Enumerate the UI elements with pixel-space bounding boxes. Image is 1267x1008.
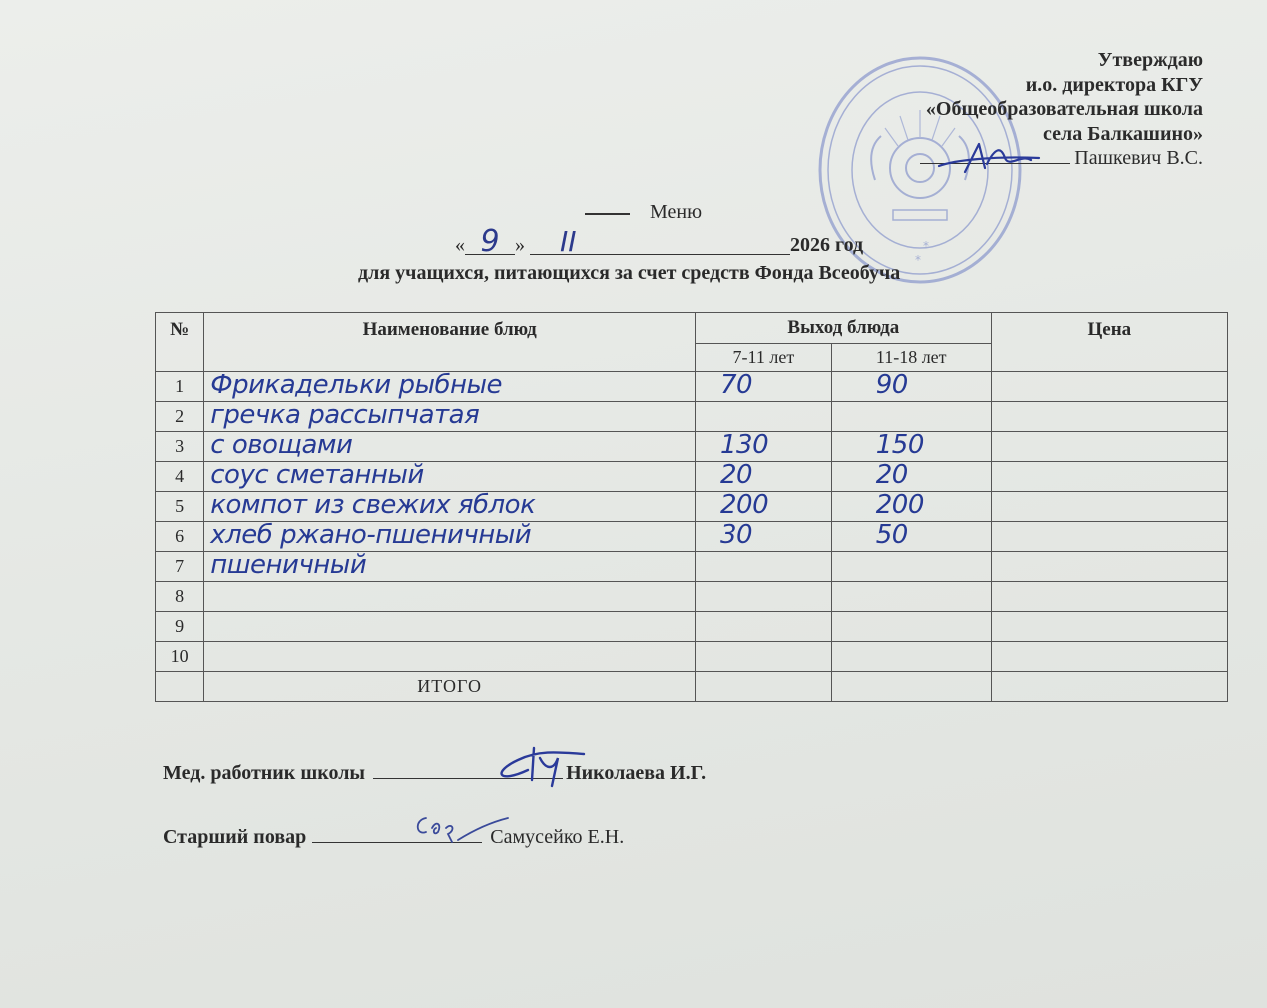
price-cell xyxy=(991,372,1227,402)
yield-7-11-cell-text xyxy=(696,580,720,610)
svg-text:*: * xyxy=(915,253,921,267)
date-year: 2026 год xyxy=(790,234,863,256)
row-number-text: 10 xyxy=(171,646,189,666)
row-number: 7 xyxy=(156,552,204,582)
yield-11-18-cell xyxy=(831,582,991,612)
dish-name-cell: компот из свежих яблок xyxy=(204,492,696,522)
approval-position: и.о. директора КГУ xyxy=(920,73,1203,98)
yield-7-11-cell: 130 xyxy=(696,432,832,462)
table-row: 7пшеничный xyxy=(156,552,1228,582)
date-day: 9 xyxy=(465,230,515,255)
total-yield-11-18 xyxy=(831,672,991,702)
row-number: 10 xyxy=(156,642,204,672)
approval-signatory: Пашкевич В.С. xyxy=(1074,147,1203,169)
price-cell xyxy=(991,582,1227,612)
yield-11-18-cell: 90 xyxy=(831,372,991,402)
price-cell xyxy=(991,552,1227,582)
yield-11-18-cell: 20 xyxy=(831,462,991,492)
yield-11-18-cell: 50 xyxy=(831,522,991,552)
yield-7-11-cell-text xyxy=(696,550,720,580)
table-row: 4соус сметанный2020 xyxy=(156,462,1228,492)
row-number-text: 7 xyxy=(175,556,184,576)
yield-7-11-cell xyxy=(696,612,832,642)
yield-7-11-cell xyxy=(696,402,832,432)
table-row: 3с овощами130150 xyxy=(156,432,1228,462)
row-number-text: 8 xyxy=(175,586,184,606)
total-row: ИТОГО xyxy=(156,672,1228,702)
yield-11-18-cell xyxy=(831,642,991,672)
row-number-text: 9 xyxy=(175,616,184,636)
yield-11-18-cell-text: 150 xyxy=(832,430,924,460)
column-header-number: № xyxy=(156,313,204,372)
row-number: 2 xyxy=(156,402,204,432)
dish-name-cell: гречка рассыпчатая xyxy=(204,402,696,432)
table-row: 1Фрикадельки рыбные7090 xyxy=(156,372,1228,402)
row-number-text: 2 xyxy=(175,406,184,426)
cook-signature-row: Старший поварСамусейко Е.Н. xyxy=(163,824,624,849)
svg-text:*: * xyxy=(923,239,929,253)
total-label: ИТОГО xyxy=(204,672,696,702)
dish-name-cell xyxy=(204,642,696,672)
total-price xyxy=(991,672,1227,702)
dish-name-cell-text: хлеб ржано-пшеничный xyxy=(204,520,531,550)
yield-7-11-cell-text: 30 xyxy=(696,520,752,550)
yield-7-11-cell: 200 xyxy=(696,492,832,522)
row-number-text: 3 xyxy=(175,436,184,456)
month-overline xyxy=(585,213,630,215)
table-row: 5компот из свежих яблок200200 xyxy=(156,492,1228,522)
dish-name-cell: с овощами xyxy=(204,432,696,462)
yield-11-18-cell-text xyxy=(832,640,876,670)
medic-signature-icon xyxy=(488,740,588,788)
dish-name-cell: соус сметанный xyxy=(204,462,696,492)
yield-11-18-cell-text: 20 xyxy=(832,460,908,490)
yield-7-11-cell-text: 20 xyxy=(696,460,752,490)
document-title: Меню xyxy=(650,201,702,224)
row-number-text: 5 xyxy=(175,496,184,516)
row-number: 5 xyxy=(156,492,204,522)
row-number-text: 6 xyxy=(175,526,184,546)
yield-7-11-cell xyxy=(696,582,832,612)
yield-7-11-cell-text xyxy=(696,640,720,670)
price-cell xyxy=(991,522,1227,552)
table-row: 10 xyxy=(156,642,1228,672)
dish-name-cell-text xyxy=(204,580,210,610)
dish-name-cell-text: с овощами xyxy=(204,430,352,460)
medic-signature-row: Мед. работник школыНиколаева И.Г. xyxy=(163,760,706,785)
row-number: 1 xyxy=(156,372,204,402)
column-header-age-7-11: 7-11 лет xyxy=(696,344,832,372)
column-header-price: Цена xyxy=(991,313,1227,372)
total-number-cell xyxy=(156,672,204,702)
yield-11-18-cell: 200 xyxy=(831,492,991,522)
yield-7-11-cell: 70 xyxy=(696,372,832,402)
cook-signature-icon xyxy=(412,810,512,846)
table-row: 2гречка рассыпчатая xyxy=(156,402,1228,432)
row-number-text: 1 xyxy=(175,376,184,396)
row-number: 4 xyxy=(156,462,204,492)
yield-7-11-cell-text xyxy=(696,610,720,640)
yield-11-18-cell-text xyxy=(832,550,876,580)
yield-7-11-cell: 30 xyxy=(696,522,832,552)
yield-11-18-cell-text: 200 xyxy=(832,490,924,520)
dish-name-cell: пшеничный xyxy=(204,552,696,582)
table-row: 8 xyxy=(156,582,1228,612)
yield-7-11-cell-text: 130 xyxy=(696,430,768,460)
director-signature-icon xyxy=(935,138,1045,176)
approval-organization-1: «Общеобразовательная школа xyxy=(920,97,1203,122)
row-number: 9 xyxy=(156,612,204,642)
yield-7-11-cell-text xyxy=(696,400,720,430)
yield-11-18-cell-text: 90 xyxy=(832,370,908,400)
yield-11-18-cell xyxy=(831,402,991,432)
row-number: 6 xyxy=(156,522,204,552)
approval-label: Утверждаю xyxy=(920,48,1203,73)
price-cell xyxy=(991,462,1227,492)
yield-7-11-cell xyxy=(696,642,832,672)
yield-7-11-cell-text: 200 xyxy=(696,490,768,520)
price-cell xyxy=(991,402,1227,432)
dish-name-cell-text: гречка рассыпчатая xyxy=(204,400,479,430)
yield-7-11-cell: 20 xyxy=(696,462,832,492)
menu-table: № Наименование блюд Выход блюда Цена 7-1… xyxy=(155,312,1228,702)
date-month: II xyxy=(530,230,790,255)
yield-7-11-cell xyxy=(696,552,832,582)
column-header-age-11-18: 11-18 лет xyxy=(831,344,991,372)
table-row: 6хлеб ржано-пшеничный3050 xyxy=(156,522,1228,552)
row-number-text: 4 xyxy=(175,466,184,486)
price-cell xyxy=(991,612,1227,642)
yield-11-18-cell-text: 50 xyxy=(832,520,908,550)
column-header-dish-name: Наименование блюд xyxy=(204,313,696,372)
dish-name-cell-text xyxy=(204,610,210,640)
dish-name-cell-text: пшеничный xyxy=(204,550,366,580)
yield-11-18-cell: 150 xyxy=(831,432,991,462)
dish-name-cell-text: Фрикадельки рыбные xyxy=(204,370,502,400)
yield-11-18-cell-text xyxy=(832,400,876,430)
dish-name-cell xyxy=(204,612,696,642)
row-number: 8 xyxy=(156,582,204,612)
dish-name-cell-text: компот из свежих яблок xyxy=(204,490,535,520)
dish-name-cell xyxy=(204,582,696,612)
table-row: 9 xyxy=(156,612,1228,642)
yield-7-11-cell-text: 70 xyxy=(696,370,752,400)
dish-name-cell-text xyxy=(204,640,210,670)
yield-11-18-cell xyxy=(831,552,991,582)
document-subtitle: для учащихся, питающихся за счет средств… xyxy=(358,262,900,285)
row-number: 3 xyxy=(156,432,204,462)
yield-11-18-cell-text xyxy=(832,610,876,640)
yield-11-18-cell-text xyxy=(832,580,876,610)
document-date: «9» II2026 год xyxy=(455,230,863,257)
column-header-yield: Выход блюда xyxy=(696,313,992,344)
total-yield-7-11 xyxy=(696,672,832,702)
price-cell xyxy=(991,642,1227,672)
dish-name-cell-text: соус сметанный xyxy=(204,460,424,490)
dish-name-cell: хлеб ржано-пшеничный xyxy=(204,522,696,552)
price-cell xyxy=(991,432,1227,462)
medic-label: Мед. работник школы xyxy=(163,762,365,784)
cook-label: Старший повар xyxy=(163,826,306,848)
dish-name-cell: Фрикадельки рыбные xyxy=(204,372,696,402)
price-cell xyxy=(991,492,1227,522)
yield-11-18-cell xyxy=(831,612,991,642)
